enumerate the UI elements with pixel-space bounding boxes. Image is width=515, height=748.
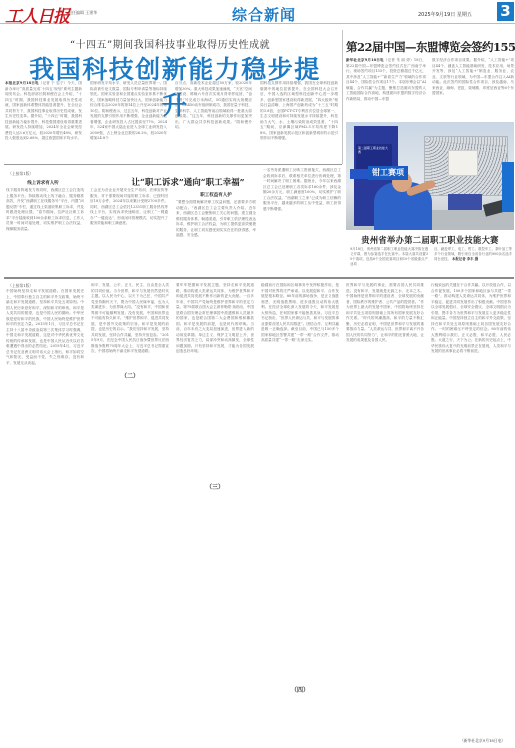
lead-column-3: 百分点，高新技术企业超过50万家，较2020年增加30%。重大科技成果加速涌现，… bbox=[175, 81, 252, 161]
asean-column-2-text: 数字经济合作项目成果。据介绍，“人工智能+”项目44个，涵盖人工智能基础研发、技… bbox=[432, 58, 514, 95]
commentary-column-6: 行稳致远的关键在于合作共赢。以开放促合作，以合作促发展。150多个国家和地区参与… bbox=[431, 283, 511, 733]
photo-caption-text-1: 9月18日，贵州省第二届职工职业技能大赛决赛在遵义开幕，图为参赛选手在比赛中。本… bbox=[350, 247, 428, 266]
photo-caption-column-1: 9月18日，贵州省第二届职工职业技能大赛决赛在遵义开幕，图为参赛选手在比赛中。本… bbox=[350, 247, 428, 275]
asean-column-1: 新华社北京9月18日电（记者 朱 丽 婷）18日，第22届中国—东盟博览会签约仪… bbox=[346, 58, 426, 120]
lead-dateline: 本报北京9月18日电 bbox=[5, 81, 39, 85]
commentary-column-5: 世界和平与发展的事业，需要各国人民共同推进。没有和平，发展就是无源之水、无本之木… bbox=[346, 283, 424, 745]
lead-kicker: “十四五”期间我国科技事业取得历史性成就 bbox=[60, 36, 280, 51]
column-divider bbox=[342, 30, 343, 164]
photo-side-banner bbox=[502, 162, 514, 212]
lead-column-2-text: 国家研发平均水平，研发人员总量世界第一。国际高被引论文数量、国际专利申请量等指标… bbox=[90, 81, 167, 140]
commentary-column-2: 和平、发展、公平、正义、民主、自由是全人类的共同价值。当今世界，和平与发展仍然是… bbox=[91, 283, 169, 745]
photo-sign: 钳工赛项 bbox=[368, 166, 408, 180]
commentary-column-3-text: 要牢牢把握和平发展主题，坚持走和平发展道路，推动构建人类命运共同体，为维护世界和… bbox=[176, 283, 254, 353]
issue-date: 2025年9月19日 星期五 bbox=[418, 11, 472, 18]
continued-label: （上接第1版） bbox=[8, 171, 33, 177]
commentary-column-4: 稳健前行在国际和区域事务中发挥积极作用，是中国对世界的庄严承诺。以发展促和平，合… bbox=[261, 283, 339, 745]
photo-vise bbox=[448, 194, 482, 210]
photo-paper bbox=[448, 150, 478, 176]
second-column-2: 工会还为各企业开展安全生产培训、法律宣传等服务，对于需要现场对接的职工诉求，已按… bbox=[90, 188, 168, 272]
lead-column-1-text: （记者 于 忠宁）今天，国新办举行“高质量完成‘十四五’规划”系列主题新闻发布会… bbox=[5, 81, 82, 140]
commentary-signoff: （新华社北京9月18日电） bbox=[460, 738, 505, 744]
masthead: 工人日报 责任编辑 王建华 综合新闻 2025年9月19日 星期五 3 bbox=[0, 0, 515, 24]
asean-expo-headline: 第22届中国—东盟博览会签约155个项目 bbox=[346, 39, 514, 55]
commentary-column-6-text: 行稳致远的关键在于合作共赢。以开放促合作，以合作促发展。150多个国家和地区参与… bbox=[431, 283, 511, 353]
skills-contest-photo: 第二届职工职业技能大赛 钳工赛项 bbox=[346, 122, 514, 230]
second-column-1: 线下服务阵地发力的同时，西湖区总工会打造线上服务平台。持续推动线上线下融合、服务… bbox=[6, 188, 84, 272]
second-column-2-text: 工会还为各企业开展安全生产培训、法律宣传等服务，对于需要现场对接的职工诉求，已按… bbox=[90, 188, 168, 225]
online-subhead: 线上诉求有人听 bbox=[8, 180, 78, 186]
editor-credit: 责任编辑 王建华 bbox=[68, 10, 97, 16]
commentary-column-1: 中国始终坚持走和平发展道路。在国家发展史上，中国奉行独立自主的和平外交政策，始终… bbox=[6, 289, 84, 745]
second-column-1-text: 线下服务阵地发力的同时，西湖区总工会打造线上服务平台。持续推动线上线下融合、服务… bbox=[6, 188, 84, 231]
lead-column-2: 国家研发平均水平，研发人员总量世界第一。国际高被引论文数量、国际专利申请量等指标… bbox=[90, 81, 167, 161]
rights-subhead: 职工权益有人护 bbox=[176, 192, 256, 198]
commentary-column-4-text: 稳健前行在国际和区域事务中发挥积极作用，是中国对世界的庄严承诺。以发展促和平，合… bbox=[261, 283, 339, 342]
commentary-column-1-text: 中国始终坚持走和平发展道路。在国家发展史上，中国奉行独立自主的和平外交政策，始终… bbox=[6, 289, 84, 365]
commentary-column-5-text: 世界和平与发展的事业，需要各国人民共同推进。没有和平，发展就是无源之水、无本之木… bbox=[346, 283, 424, 342]
commentary-column-2-text: 和平、发展、公平、正义、民主、自由是全人类的共同价值。当今世界，和平与发展仍然是… bbox=[91, 283, 169, 353]
lead-column-3-text: 百分点，高新技术企业超过50万家，较2020年增加30%。重大科技成果加速涌现，… bbox=[175, 81, 252, 129]
section-marker-3: （三） bbox=[176, 482, 254, 491]
photo-credit: 本报记者 李丰 摄 bbox=[452, 257, 478, 261]
section-marker-2: （二） bbox=[91, 371, 169, 380]
newspaper-logo: 工人日报 bbox=[5, 2, 69, 27]
photo-caption-headline: 贵州省举办第二届职工职业技能大赛 bbox=[346, 234, 514, 246]
lead-column-4-text: 国科技支撑作用持续增强，我国在全球科技创新版图中的地位显著提升。在全国科技大会召… bbox=[260, 81, 338, 140]
photo-caption-column-2: 目，涵盖焊工、电工、钳工、数控车工、茶叶加工等多个行业领域，吸引来自全省各行业的… bbox=[434, 247, 512, 275]
second-column-4-text: 一名劳务派遣职工反映工资被拖欠，西湖区总工会收到诉求后，联系相关单位进行协调处理… bbox=[263, 168, 341, 211]
second-column-4: 一名劳务派遣职工反映工资被拖欠，西湖区总工会收到诉求后，联系相关单位进行协调处理… bbox=[263, 168, 341, 272]
section-marker-4: （四） bbox=[261, 685, 339, 694]
asean-column-2: 数字经济合作项目成果。据介绍，“人工智能+”项目44个，涵盖人工智能基础研发、技… bbox=[432, 58, 514, 120]
page-number-badge: 3 bbox=[497, 2, 514, 21]
section-divider bbox=[4, 164, 342, 165]
section-title: 综合新闻 bbox=[232, 4, 296, 25]
second-column-3: “要想全面帮助解决职工权益问题，还需要多方联动配合。”西湖区总工会主要负责人介绍… bbox=[176, 200, 256, 272]
commentary-column-3: 要牢牢把握和平发展主题，坚持走和平发展道路，推动构建人类命运共同体，为维护世界和… bbox=[176, 283, 254, 745]
second-column-3-text: “要想全面帮助解决职工权益问题，还需要多方联动配合。”西湖区总工会主要负责人介绍… bbox=[176, 200, 256, 237]
asean-dateline: 新华社北京9月18日电 bbox=[346, 58, 384, 62]
second-story-headline: 让“职工诉求”通向“职工幸福” bbox=[118, 176, 258, 188]
asean-column-1-text: （记者 朱 丽 婷）18日，第22届中国—东盟博览会签约仪式在广西南宁举行。现场… bbox=[346, 58, 426, 101]
page-divider bbox=[4, 277, 514, 279]
lead-column-4: 国科技支撑作用持续增强，我国在全球科技创新版图中的地位显著提升。在全国科技大会召… bbox=[260, 81, 338, 161]
lead-column-1: 本报北京9月18日电（记者 于 忠宁）今天，国新办举行“高质量完成‘十四五’规划… bbox=[5, 81, 82, 161]
